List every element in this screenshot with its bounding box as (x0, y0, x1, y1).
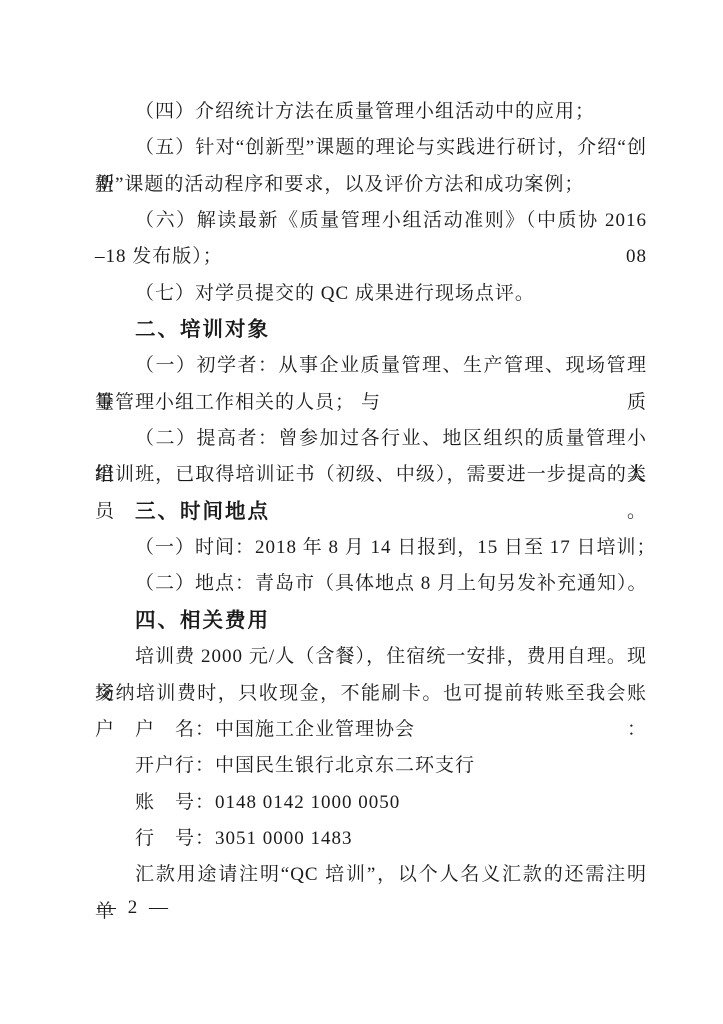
body-text-line: 培训费 2000 元/人（含餐），住宿统一安排，费用自理。现场 (95, 639, 647, 675)
body-text-line: 行 号：3051 0000 1483 (95, 821, 647, 857)
body-text-line: （二）地点：青岛市（具体地点 8 月上旬另发补充通知）。 (95, 566, 647, 602)
body-text-line: （一）初学者：从事企业质量管理、生产管理、现场管理等与质 (95, 348, 647, 384)
body-text-line: （二）提高者：曾参加过各行业、地区组织的质量管理小组类 (95, 421, 647, 457)
body-text-line: 开户行：中国民生银行北京东二环支行 (95, 748, 647, 784)
body-text-line: （一）时间：2018 年 8 月 14 日报到，15 日至 17 日培训； (95, 530, 647, 566)
body-text-line: 账 号：0148 0142 1000 0050 (95, 785, 647, 821)
body-text-line: 交纳培训费时，只收现金，不能刷卡。也可提前转账至我会账户： (95, 676, 647, 712)
body-text-line: 汇款用途请注明“QC 培训”，以个人名义汇款的还需注明单 (95, 857, 647, 893)
page-number: — 2 — (97, 893, 169, 923)
body-text-line: （六）解读最新《质量管理小组活动准则》（中质协 2016 – 08 (95, 203, 647, 239)
body-text-line: 型”课题的活动程序和要求，以及评价方法和成功案例； (95, 167, 647, 203)
document-page: （四）介绍统计方法在质量管理小组活动中的应用；（五）针对“创新型”课题的理论与实… (0, 0, 723, 1024)
section-heading: 四、相关费用 (95, 603, 647, 639)
body-text-line: （五）针对“创新型”课题的理论与实践进行研讨，介绍“创新 (95, 130, 647, 166)
body-text-line: （四）介绍统计方法在质量管理小组活动中的应用； (95, 94, 647, 130)
document-body: （四）介绍统计方法在质量管理小组活动中的应用；（五）针对“创新型”课题的理论与实… (95, 94, 647, 894)
body-text-line: 培训班，已取得培训证书（初级、中级），需要进一步提高的人员。 (95, 457, 647, 493)
body-text-line: （七）对学员提交的 QC 成果进行现场点评。 (95, 276, 647, 312)
section-heading: 二、培训对象 (95, 312, 647, 348)
